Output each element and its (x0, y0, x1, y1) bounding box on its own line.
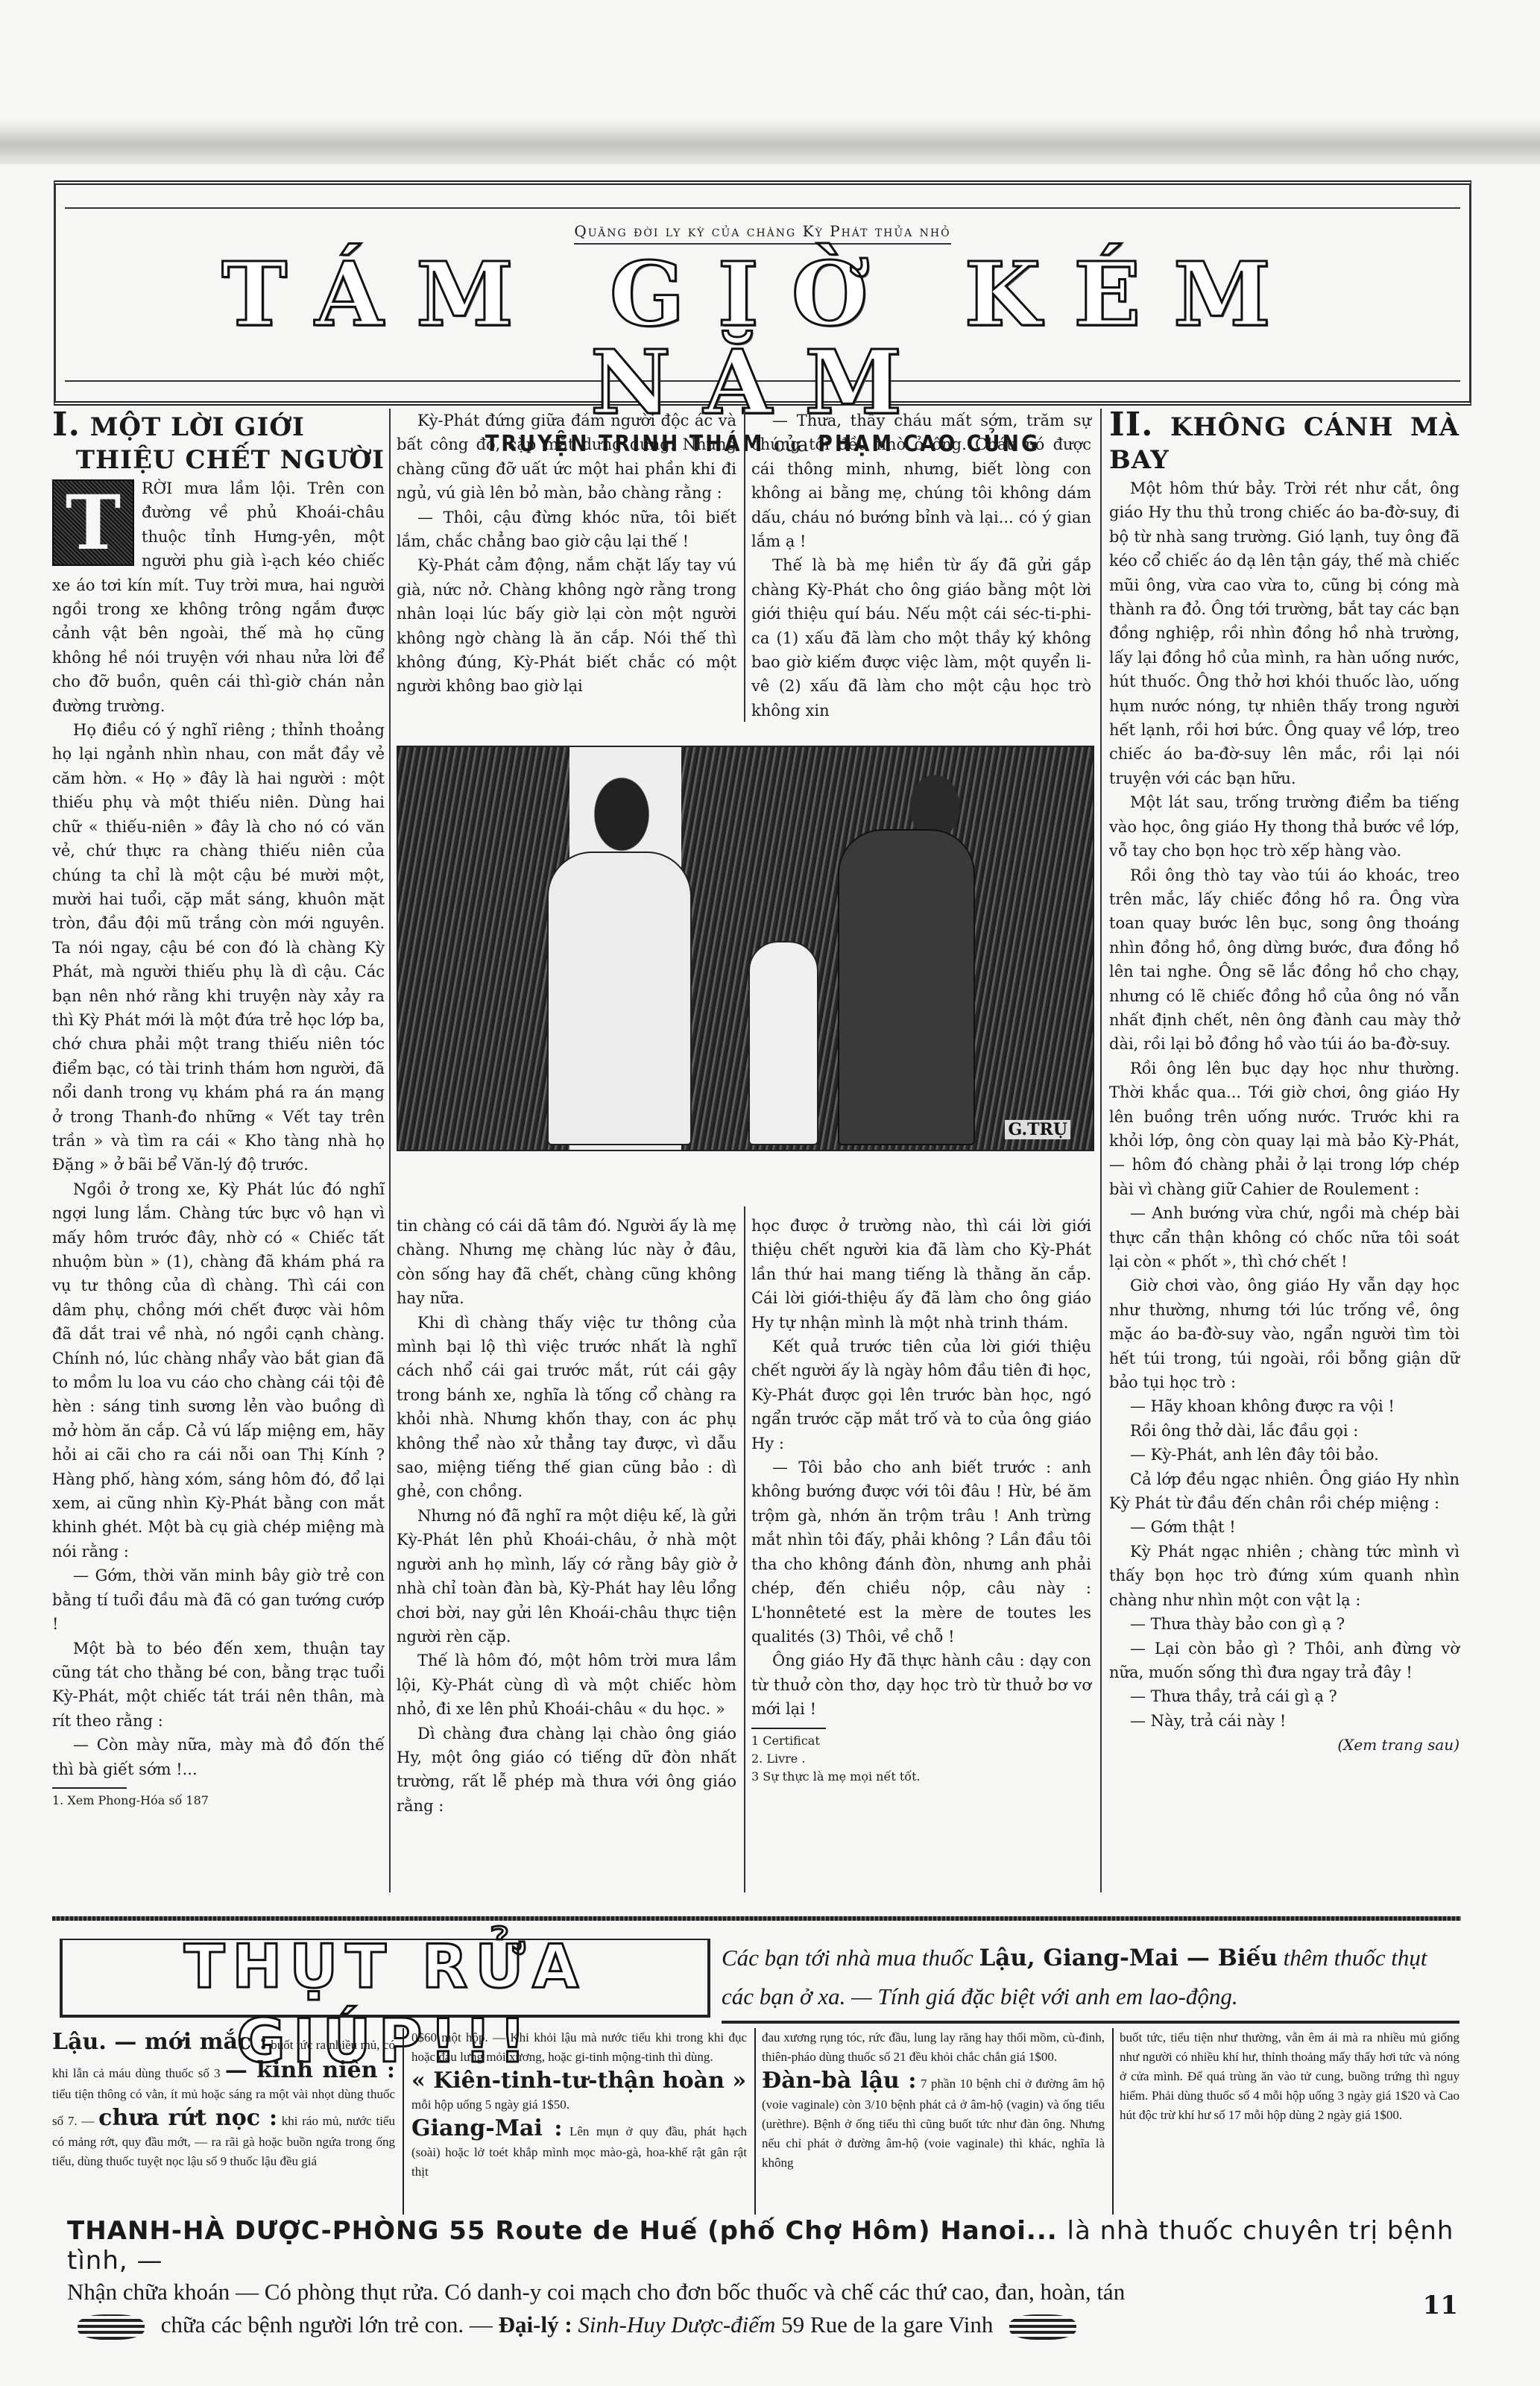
paragraph: — Gớm thật ! (1109, 1515, 1459, 1539)
ad-pharmacy-line: THANH-HÀ DƯỢC-PHÒNG 55 Route de Huế (phố… (67, 2216, 1461, 2276)
paragraph: Kỳ-Phát đứng giữa đám người độc ác và bấ… (397, 409, 736, 506)
dropcap-letter: T (52, 479, 134, 566)
paragraph: Kỳ Phát ngạc nhiên ; chàng tức mình vì t… (1109, 1540, 1459, 1612)
ad-tagline: Các bạn tới nhà mua thuốc Lậu, Giang-Mai… (722, 1939, 1459, 2024)
paragraph: Kết quả trước tiên của lời giới thiệu ch… (751, 1335, 1091, 1455)
section-2-heading-text: KHÔNG CÁNH MÀ BAY (1109, 412, 1459, 475)
ad-headline-frame: THỤT RỬA GIÚP!!! (60, 1939, 710, 2018)
paragraph: Rồi ông lên bục dạy học như thường. Thời… (1109, 1057, 1459, 1201)
paragraph: tin chàng có cái dã tâm đó. Người ấy là … (397, 1214, 736, 1311)
pharmacy-advertisement: THỤT RỬA GIÚP!!! Các bạn tới nhà mua thu… (52, 1916, 1461, 2334)
footnote: 3 Sự thực là mẹ mọi nết tốt. (751, 1768, 1091, 1786)
ad-top-border (52, 1916, 1461, 1921)
story-illustration: G.TRỤ (397, 746, 1094, 1151)
section-1-number: I. (52, 406, 81, 444)
ad-text: buốt tức, tiểu tiện như thường, vẫn êm á… (1120, 2030, 1459, 2122)
ad-subhead: Giang-Mai : (411, 2115, 562, 2141)
column-divider (744, 409, 745, 722)
paragraph: Họ điều có ý nghĩ riêng ; thỉnh thoảng h… (52, 718, 385, 1177)
paragraph: — Kỳ-Phát, anh lên đây tôi bảo. (1109, 1443, 1459, 1467)
paragraph: Rồi ông thò tay vào túi áo khoác, treo t… (1109, 863, 1459, 1057)
section-1-heading-line2: THIỆU CHẾT NGƯỜI (52, 444, 385, 476)
paragraph: Khi dì chàng thấy việc tư thông của mình… (397, 1311, 736, 1504)
paragraph: Dì chàng đưa chàng lại chào ông giáo Hy,… (397, 1722, 736, 1819)
paragraph: — Gớm, thời văn minh bây giờ trẻ con bằn… (52, 1564, 385, 1636)
ornament-wave-icon (1009, 2314, 1076, 2340)
masthead-frame: Quãng đời ly kỳ của chàng Kỳ Phát thủa n… (65, 207, 1460, 382)
section-1-heading: I. MỘT LỜI GIỚI (52, 409, 385, 444)
paragraph: Một hôm thứ bảy. Trời rét như cắt, ông g… (1109, 476, 1459, 790)
ad-tagline-bold: Lậu, Giang-Mai — Biếu (979, 1945, 1277, 1971)
ad-text: mỗi hộp uống 5 ngày giá 1$50. (411, 2097, 569, 2112)
paragraph: Thế là hôm đó, một hôm trời mưa lầm lội,… (397, 1649, 736, 1721)
ad-column-3: đau xương rụng tóc, rức đầu, lung lay ră… (762, 2028, 1105, 2173)
ad-text: đau xương rụng tóc, rức đầu, lung lay ră… (762, 2030, 1105, 2064)
ad-tagline-text: Các bạn tới nhà mua thuốc (722, 1945, 973, 1971)
paragraph: Nhưng nó đã nghĩ ra một diệu kế, là gửi … (397, 1504, 736, 1649)
footnote: 1. Xem Phong-Hóa số 187 (52, 1792, 385, 1810)
ad-agent-line: chữa các bệnh người lớn trẻ con. — Đại-l… (67, 2308, 1461, 2341)
column-4: II. KHÔNG CÁNH MÀ BAY Một hôm thứ bảy. T… (1109, 409, 1459, 1757)
ad-text: 0$60 một hộp. — Khi khỏi lậu mà nước tiể… (411, 2030, 747, 2064)
footnote: 1 Certificat (751, 1732, 1091, 1750)
ad-column-divider (1112, 2028, 1114, 2215)
agent-address: 59 Rue de la gare Vinh (781, 2311, 993, 2338)
illustration-child-figure (748, 941, 818, 1145)
ad-text: chữa các bệnh người lớn trẻ con. — (161, 2311, 493, 2338)
paragraph: — Thưa, thầy cháu mất sớm, trăm sự chúng… (751, 409, 1091, 553)
column-divider (1100, 409, 1102, 1892)
ad-subhead: — kinh niên : (225, 2057, 395, 2083)
paragraph: Giờ chơi vào, ông giáo Hy vẫn dạy học nh… (1109, 1274, 1459, 1394)
paragraph: học được ở trường nào, thì cái lời giới … (751, 1214, 1091, 1335)
paragraph: Ngồi ở trong xe, Kỳ Phát lúc đó nghĩ ngợ… (52, 1177, 385, 1564)
paragraph: Một bà to béo đến xem, thuận tay cũng tá… (52, 1637, 385, 1734)
ad-column-divider (754, 2028, 756, 2215)
paragraph: — Này, trả cái này ! (1109, 1709, 1459, 1733)
agent-label: Đại-lý : (499, 2311, 572, 2338)
pharmacy-name-address: THANH-HÀ DƯỢC-PHÒNG 55 Route de Huế (phố… (67, 2216, 1058, 2246)
column-3: — Thưa, thầy cháu mất sớm, trăm sự chúng… (751, 409, 1091, 723)
illustration-teacher-figure (838, 829, 975, 1145)
illustration-woman-figure (547, 852, 692, 1145)
illustrator-signature: G.TRỤ (1005, 1120, 1070, 1139)
paragraph: — Lại còn bảo gì ? Thôi, anh đừng vờ nữa… (1109, 1637, 1459, 1685)
paragraph: Rồi ông thở dài, lắc đầu gọi : (1109, 1419, 1459, 1443)
column-1: I. MỘT LỜI GIỚI THIỆU CHẾT NGƯỜI TRỜI mư… (52, 409, 385, 1810)
paragraph: Ông giáo Hy đã thực hành câu : dạy con t… (751, 1649, 1091, 1721)
paragraph: Thế là bà mẹ hiền từ ấy đã gửi gắp chàng… (751, 553, 1091, 723)
paragraph: — Anh bướng vừa chứ, ngồi mà chép bài th… (1109, 1201, 1459, 1274)
page-number: 11 (1423, 2291, 1458, 2320)
ad-column-1: Lậu. — mới mắc : buốt tức ra nhiều mủ, c… (52, 2028, 395, 2171)
paragraph: — Tôi bảo cho anh biết trước : anh không… (751, 1455, 1091, 1649)
paragraph: — Thưa thầy, trả cái gì ạ ? (1109, 1684, 1459, 1708)
ad-subhead: Đàn-bà lậu : (762, 2068, 917, 2094)
story-title: TÁM GIỜ KÉM NĂM (65, 251, 1460, 426)
paragraph: Kỳ-Phát cảm động, nắm chặt lấy tay vú gi… (397, 553, 736, 698)
ornament-wave-icon (78, 2314, 145, 2340)
column-2: Kỳ-Phát đứng giữa đám người độc ác và bấ… (397, 409, 736, 699)
ad-subhead: Lậu. — mới mắc : (52, 2029, 268, 2055)
agent-name: Sinh-Huy Dược-điếm (578, 2311, 775, 2338)
ad-product-name: « Kiên-tinh-tư-thận hoàn » (411, 2068, 746, 2094)
paragraph: — Thưa thày bảo con gì ạ ? (1109, 1612, 1459, 1636)
article-body: I. MỘT LỜI GIỚI THIỆU CHẾT NGƯỜI TRỜI mư… (52, 409, 1461, 1892)
footnote-divider (52, 1787, 127, 1789)
section-1-heading-line1: MỘT LỜI GIỚI (90, 412, 305, 442)
paragraph: — Thôi, cậu đừng khóc nữa, tôi biết lắm,… (397, 506, 736, 554)
ad-column-4: buốt tức, tiểu tiện như thường, vẫn êm á… (1120, 2028, 1459, 2125)
section-2-heading: II. KHÔNG CÁNH MÀ BAY (1109, 409, 1459, 476)
series-kicker: Quãng đời ly kỳ của chàng Kỳ Phát thủa n… (574, 222, 950, 245)
continued-notice: (Xem trang sau) (1109, 1733, 1459, 1757)
paragraph: TRỜI mưa lầm lội. Trên con đường về phủ … (52, 476, 385, 718)
column-divider (744, 1206, 745, 1892)
paragraph: — Còn mày nữa, mày mà đồ đốn thế thì bà … (52, 1733, 385, 1781)
torn-page-edge (0, 119, 1540, 164)
ad-services-line: Nhận chữa khoán — Có phòng thụt rửa. Có … (67, 2276, 1461, 2308)
column-3-continued: học được ở trường nào, thì cái lời giới … (751, 1214, 1091, 1786)
masthead: Quãng đời ly kỳ của chàng Kỳ Phát thủa n… (54, 180, 1471, 406)
footnote-divider (751, 1728, 826, 1729)
ad-subhead: chưa rứt nọc : (98, 2105, 277, 2131)
column-divider (389, 409, 391, 1892)
ad-column-divider (403, 2028, 404, 2215)
section-2-number: II. (1109, 406, 1153, 444)
paragraph: Một lát sau, trống trường điểm ba tiếng … (1109, 790, 1459, 863)
paragraph: — Hãy khoan không được ra vội ! (1109, 1394, 1459, 1418)
paragraph: Cả lớp đều ngạc nhiên. Ông giáo Hy nhìn … (1109, 1467, 1459, 1516)
ad-footer: THANH-HÀ DƯỢC-PHÒNG 55 Route de Huế (phố… (67, 2216, 1461, 2341)
ad-column-2: 0$60 một hộp. — Khi khỏi lậu mà nước tiể… (411, 2028, 747, 2182)
column-2-continued: tin chàng có cái dã tâm đó. Người ấy là … (397, 1214, 736, 1818)
footnote: 2. Livre . (751, 1750, 1091, 1768)
